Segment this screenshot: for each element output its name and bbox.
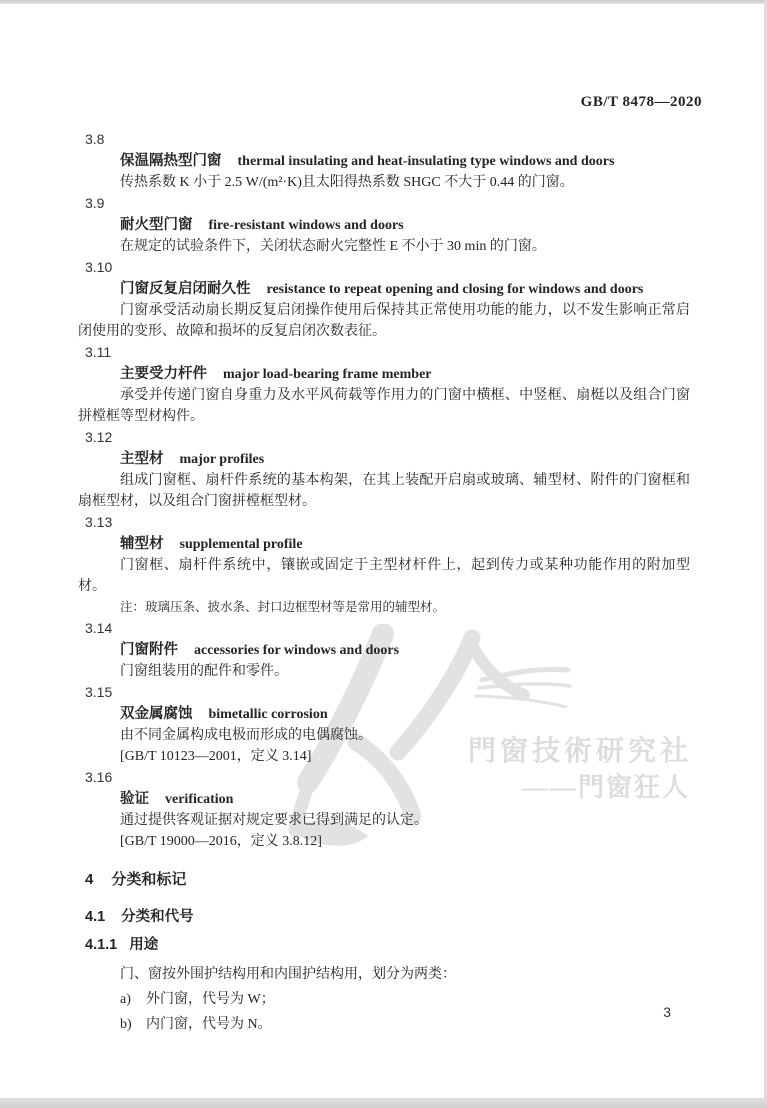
term-heading: 耐火型门窗fire-resistant windows and doors [120, 214, 690, 236]
term-cn: 辅型材 [120, 536, 164, 552]
term-note: 注：玻璃压条、披水条、封口边框型材等是常用的辅型材。 [120, 597, 690, 618]
section-number: 4.1 [85, 909, 105, 925]
term-en: resistance to repeat opening and closing… [267, 282, 644, 297]
section-heading-4: 4分类和标记 [85, 869, 690, 891]
list-item-a: a)外门窗，代号为 W； [120, 989, 690, 1010]
term-cn: 主型材 [120, 451, 164, 467]
term-number: 3.9 [85, 193, 690, 214]
term-number: 3.8 [85, 129, 690, 150]
term-entry: 3.8 保温隔热型门窗thermal insulating and heat-i… [78, 129, 690, 193]
term-cn: 验证 [120, 791, 149, 807]
terms-section: 3.8 保温隔热型门窗thermal insulating and heat-i… [78, 129, 690, 852]
term-entry: 3.14 门窗附件accessories for windows and doo… [78, 618, 690, 682]
term-definition: 门窗承受活动扇长期反复启闭操作使用后保持其正常使用功能的能力，以不发生影响正常启… [78, 300, 690, 342]
scan-edge-bottom [0, 1098, 767, 1108]
section-title: 分类和标记 [111, 871, 186, 888]
term-heading: 门窗反复启闭耐久性resistance to repeat opening an… [120, 278, 690, 300]
term-heading: 主要受力杆件major load-bearing frame member [120, 363, 690, 385]
term-en: fire-resistant windows and doors [209, 218, 404, 233]
term-definition: 通过提供客观证据对规定要求已得到满足的认定。 [78, 810, 690, 831]
term-entry: 3.13 辅型材supplemental profile 门窗框、扇杆件系统中，… [78, 512, 690, 618]
term-source-reference: [GB/T 19000—2016，定义 3.8.12] [120, 831, 690, 852]
term-en: major profiles [180, 452, 265, 467]
term-number: 3.16 [85, 767, 690, 788]
section-title: 用途 [129, 937, 158, 953]
term-cn: 主要受力杆件 [120, 366, 207, 382]
term-cn: 双金属腐蚀 [120, 706, 193, 722]
term-definition: 在规定的试验条件下，关闭状态耐火完整性 E 不小于 30 min 的门窗。 [78, 236, 690, 257]
term-entry: 3.11 主要受力杆件major load-bearing frame memb… [78, 342, 690, 427]
term-cn: 门窗反复启闭耐久性 [120, 281, 251, 297]
term-definition: 传热系数 K 小于 2.5 W/(m²·K)且太阳得热系数 SHGC 不大于 0… [78, 172, 690, 193]
term-en: verification [165, 792, 233, 807]
term-number: 3.15 [85, 682, 690, 703]
term-en: thermal insulating and heat-insulating t… [238, 154, 615, 169]
term-number: 3.12 [85, 427, 690, 448]
classification-intro: 门、窗按外围护结构用和内围护结构用，划分为两类： [78, 964, 690, 985]
term-definition: 由不同金属构成电极而形成的电偶腐蚀。 [78, 725, 690, 746]
term-heading: 门窗附件accessories for windows and doors [120, 639, 690, 661]
term-cn: 保温隔热型门窗 [120, 153, 222, 169]
term-definition: 组成门窗框、扇杆件系统的基本构架，在其上装配开启扇或玻璃、辅型材、附件的门窗框和… [78, 470, 690, 512]
term-entry: 3.16 验证verification 通过提供客观证据对规定要求已得到满足的认… [78, 767, 690, 852]
term-definition: 门窗框、扇杆件系统中，镶嵌或固定于主型材杆件上，起到传力或某种功能作用的附加型材… [78, 555, 690, 597]
list-text: 内门窗，代号为 N。 [146, 1017, 272, 1032]
term-definition: 承受并传递门窗自身重力及水平风荷载等作用力的门窗中横框、中竖框、扇梃以及组合门窗… [78, 385, 690, 427]
term-cn: 耐火型门窗 [120, 217, 193, 233]
term-entry: 3.12 主型材major profiles 组成门窗框、扇杆件系统的基本构架，… [78, 427, 690, 512]
section-number: 4.1.1 [85, 937, 117, 953]
term-entry: 3.15 双金属腐蚀bimetallic corrosion 由不同金属构成电极… [78, 682, 690, 767]
term-en: supplemental profile [180, 537, 303, 552]
term-number: 3.14 [85, 618, 690, 639]
term-number: 3.13 [85, 512, 690, 533]
section-heading-4-1-1: 4.1.1用途 [85, 934, 690, 956]
term-entry: 3.9 耐火型门窗fire-resistant windows and door… [78, 193, 690, 257]
term-heading: 辅型材supplemental profile [120, 533, 690, 555]
term-heading: 验证verification [120, 788, 690, 810]
term-number: 3.11 [85, 342, 690, 363]
term-heading: 双金属腐蚀bimetallic corrosion [120, 703, 690, 725]
list-text: 外门窗，代号为 W； [146, 992, 275, 1007]
section-heading-4-1: 4.1分类和代号 [85, 906, 690, 928]
term-en: major load-bearing frame member [223, 367, 432, 382]
page-content: GB/T 8478—2020 3.8 保温隔热型门窗thermal insula… [78, 0, 690, 1035]
term-en: accessories for windows and doors [194, 643, 399, 658]
list-marker: a) [120, 989, 146, 1010]
term-en: bimetallic corrosion [209, 707, 328, 722]
list-marker: b) [120, 1014, 146, 1035]
document-page: 門窗技術研究社 ——門窗狂人 GB/T 8478—2020 3.8 保温隔热型门… [0, 0, 767, 1108]
term-definition: 门窗组装用的配件和零件。 [78, 661, 690, 682]
term-number: 3.10 [85, 257, 690, 278]
section-number: 4 [85, 871, 93, 888]
term-cn: 门窗附件 [120, 642, 178, 658]
standard-code-header: GB/T 8478—2020 [78, 93, 702, 111]
term-heading: 主型材major profiles [120, 448, 690, 470]
page-number: 3 [663, 1002, 671, 1023]
list-item-b: b)内门窗，代号为 N。 [120, 1014, 690, 1035]
scan-edge-top [0, 0, 767, 4]
term-entry: 3.10 门窗反复启闭耐久性resistance to repeat openi… [78, 257, 690, 342]
section-title: 分类和代号 [121, 909, 194, 925]
term-heading: 保温隔热型门窗thermal insulating and heat-insul… [120, 150, 690, 172]
term-source-reference: [GB/T 10123—2001，定义 3.14] [120, 746, 690, 767]
